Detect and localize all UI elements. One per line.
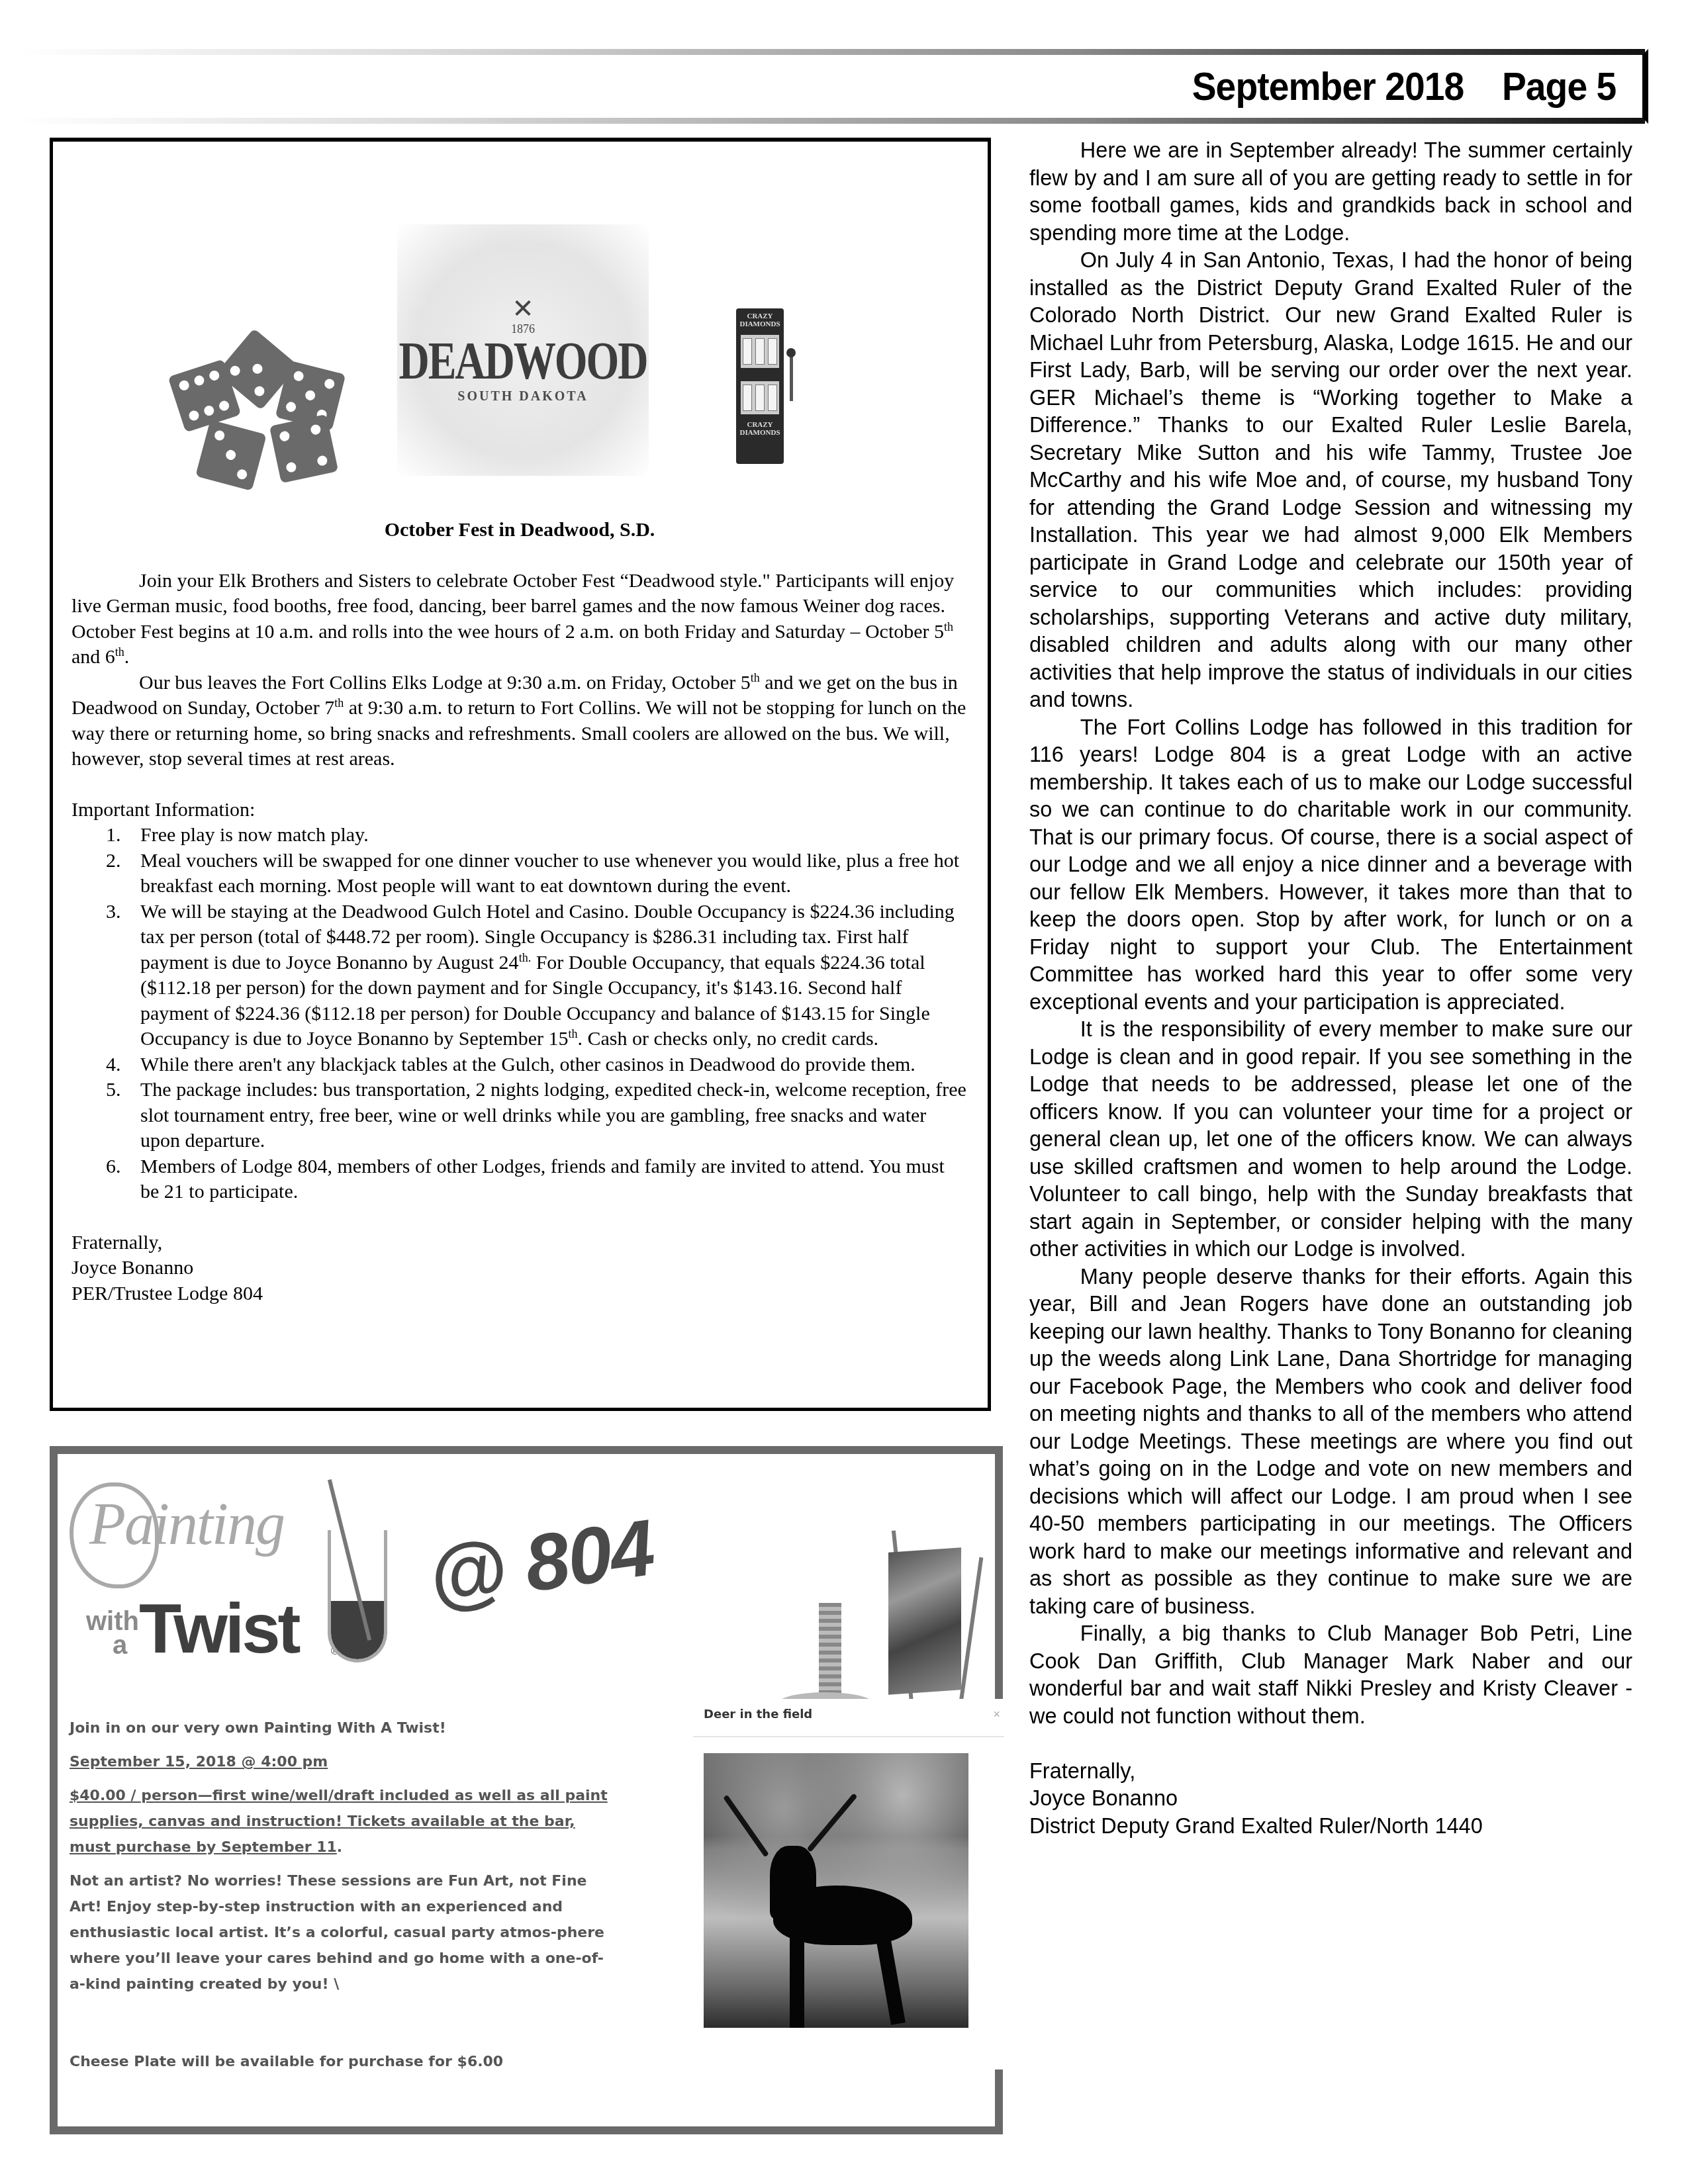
list-item: 2.Meal vouchers will be swapped for one … [106,848,968,899]
list-item: 5.The package includes: bus transportati… [106,1077,968,1154]
deer-card-title: Deer in the field [704,1707,812,1721]
ddger-letter: Here we are in September already! The su… [1029,136,1632,1839]
deadwood-logo: ✕ 1876 DEADWOOD SOUTH DAKOTA [397,224,649,476]
list-item: 6.Members of Lodge 804, members of other… [106,1154,968,1205]
october-fest-box: ✕ 1876 DEADWOOD SOUTH DAKOTA CRAZY DIAMO… [50,138,991,1411]
signoff-name: Joyce Bonanno [1029,1784,1632,1812]
painting-details: Join in on our very own Painting With A … [70,1715,612,2083]
logo-painting-text: Painting [89,1490,284,1559]
signoff-closing: Fraternally, [71,1230,968,1256]
october-fest-images: ✕ 1876 DEADWOOD SOUTH DAKOTA CRAZY DIAMO… [53,181,988,512]
event-paragraph-1: Join your Elk Brothers and Sisters to ce… [71,569,968,670]
article-paragraph: Finally, a big thanks to Club Manager Bo… [1029,1619,1632,1729]
event-title: October Fest in Deadwood, S.D. [71,518,968,543]
slot-bottom-label: CRAZY DIAMONDS [736,421,784,437]
close-icon: × [993,1707,1000,1721]
deer-painting-image [704,1753,968,2028]
cheese-plate-note: Cheese Plate will be available for purch… [70,2049,612,2075]
painting-with-a-twist-logo: Painting witha Twist ® [70,1477,387,1676]
signoff-name: Joyce Bonanno [71,1255,968,1281]
list-item: 3.We will be staying at the Deadwood Gul… [106,899,968,1052]
slot-lever-icon [790,355,793,401]
october-fest-content: October Fest in Deadwood, S.D. Join your… [71,518,968,1306]
dice-icon [175,340,341,492]
slot-top-label: CRAZY DIAMONDS [736,312,784,328]
painting-intro: Join in on our very own Painting With A … [70,1715,612,1741]
important-info-heading: Important Information: [71,797,968,823]
october-fest-signoff: Fraternally, Joyce Bonanno PER/Trustee L… [71,1230,968,1307]
signoff-title: PER/Trustee Lodge 804 [71,1281,968,1307]
article-paragraph: Here we are in September already! The su… [1029,136,1632,246]
logo-name: DEADWOOD [399,332,647,391]
event-paragraph-2: Our bus leaves the Fort Collins Elks Lod… [71,670,968,772]
painting-price: $40.00 / person—first wine/well/draft in… [70,1783,612,1860]
page-header: September 2018 Page 5 [993,49,1648,124]
list-item: 1.Free play is now match play. [106,823,968,848]
page-title: September 2018 Page 5 [1192,64,1616,109]
painting-description: Not an artist? No worries! These session… [70,1868,612,1997]
slot-machine-icon: CRAZY DIAMONDS CRAZY DIAMONDS [736,308,784,464]
article-signoff: Fraternally, Joyce Bonanno District Depu… [1029,1757,1632,1840]
article-paragraph: It is the responsibility of every member… [1029,1015,1632,1263]
crossed-pistols-icon: ✕ [512,296,534,322]
important-info-list: 1.Free play is now match play. 2.Meal vo… [106,823,968,1205]
signoff-closing: Fraternally, [1029,1757,1632,1785]
logo-with-a-text: witha [86,1610,139,1657]
list-item: 4.While there aren't any blackjack table… [106,1052,968,1078]
painting-date: September 15, 2018 @ 4:00 pm [70,1749,612,1775]
deer-in-the-field-card: Deer in the field × [693,1699,1004,2070]
painting-with-a-twist-box: Painting witha Twist ® @ 804 Join in on … [50,1446,1003,2134]
signoff-title: District Deputy Grand Exalted Ruler/Nort… [1029,1812,1632,1840]
easel-icon [749,1530,988,1722]
logo-subtitle: SOUTH DAKOTA [457,389,588,404]
logo-twist-text: Twist [139,1593,299,1666]
brush-cup-icon [819,1603,841,1702]
at-804-label: @ 804 [423,1502,659,1623]
article-paragraph: Many people deserve thanks for their eff… [1029,1263,1632,1620]
article-paragraph: The Fort Collins Lodge has followed in t… [1029,713,1632,1016]
article-paragraph: On July 4 in San Antonio, Texas, I had t… [1029,246,1632,713]
